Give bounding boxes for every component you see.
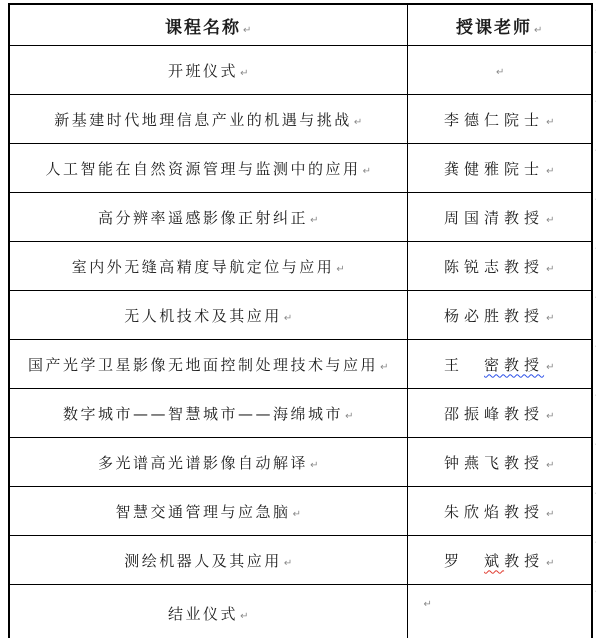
paragraph-mark-icon: ↵ xyxy=(293,509,301,520)
course-cell: 测绘机器人及其应用↵ xyxy=(9,536,407,585)
instructor-cell: 陈锐志教授↵ xyxy=(407,242,592,291)
paragraph-mark-icon: ↵ xyxy=(546,362,554,373)
header-course-name: 课程名称↵ xyxy=(9,4,407,46)
table-row: 测绘机器人及其应用↵罗 斌教授↵ xyxy=(9,536,592,585)
table-row: 人工智能在自然资源管理与监测中的应用↵龚健雅院士↵ xyxy=(9,144,592,193)
paragraph-mark-icon: ↵ xyxy=(240,68,248,79)
instructor-cell: ↵ xyxy=(407,46,592,95)
paragraph-mark-icon: ↵ xyxy=(354,117,362,128)
paragraph-mark-icon: ↵ xyxy=(546,460,554,471)
course-cell: 新基建时代地理信息产业的机遇与挑战↵ xyxy=(9,95,407,144)
table-row: 国产光学卫星影像无地面控制处理技术与应用↵王 密教授↵ xyxy=(9,340,592,389)
instructor-name-text: 罗 xyxy=(444,552,484,570)
instructor-cell: 龚健雅院士↵ xyxy=(407,144,592,193)
paragraph-mark-icon: ↵ xyxy=(363,166,371,177)
paragraph-mark-icon: ↵ xyxy=(310,460,318,471)
paragraph-mark-icon: ↵ xyxy=(546,411,554,422)
course-name-text: 开班仪式 xyxy=(168,62,238,80)
course-name-text: 数字城市——智慧城市——海绵城市 xyxy=(63,405,343,423)
paragraph-mark-icon: ↵ xyxy=(424,599,432,610)
table-row: 开班仪式↵↵ xyxy=(9,46,592,95)
paragraph-mark-icon: ↵ xyxy=(345,411,353,422)
table-row: 新基建时代地理信息产业的机遇与挑战↵李德仁院士↵ xyxy=(9,95,592,144)
instructor-cell: 周国清教授↵ xyxy=(407,193,592,242)
instructor-name-text: 朱欣焰教授 xyxy=(444,503,544,521)
instructor-cell: 杨必胜教授↵ xyxy=(407,291,592,340)
document-page: 课程名称↵ 授课老师↵ 开班仪式↵↵新基建时代地理信息产业的机遇与挑战↵李德仁院… xyxy=(0,0,596,638)
instructor-name-text: 教授 xyxy=(504,552,544,570)
paragraph-mark-icon: ↵ xyxy=(546,264,554,275)
course-schedule-table: 课程名称↵ 授课老师↵ 开班仪式↵↵新基建时代地理信息产业的机遇与挑战↵李德仁院… xyxy=(8,3,593,638)
paragraph-mark-icon: ↵ xyxy=(284,313,292,324)
instructor-cell: 钟燕飞教授↵ xyxy=(407,438,592,487)
paragraph-mark-icon: ↵ xyxy=(240,611,248,622)
instructor-cell: ↵ xyxy=(407,585,592,638)
course-cell: 无人机技术及其应用↵ xyxy=(9,291,407,340)
table-row: 结业仪式↵↵ xyxy=(9,585,592,638)
course-cell: 数字城市——智慧城市——海绵城市↵ xyxy=(9,389,407,438)
instructor-cell: 邵振峰教授↵ xyxy=(407,389,592,438)
course-name-text: 新基建时代地理信息产业的机遇与挑战 xyxy=(54,111,352,129)
course-cell: 国产光学卫星影像无地面控制处理技术与应用↵ xyxy=(9,340,407,389)
course-name-text: 人工智能在自然资源管理与监测中的应用 xyxy=(46,160,361,178)
paragraph-mark-icon: ↵ xyxy=(284,558,292,569)
course-cell: 多光谱高光谱影像自动解译↵ xyxy=(9,438,407,487)
paragraph-mark-icon: ↵ xyxy=(243,25,251,36)
course-name-text: 多光谱高光谱影像自动解译 xyxy=(98,454,308,472)
course-cell: 高分辨率遥感影像正射纠正↵ xyxy=(9,193,407,242)
course-name-text: 智慧交通管理与应急脑 xyxy=(116,503,291,521)
paragraph-mark-icon: ↵ xyxy=(546,215,554,226)
paragraph-mark-icon: ↵ xyxy=(546,558,554,569)
instructor-name-text: 钟燕飞教授 xyxy=(444,454,544,472)
paragraph-mark-icon: ↵ xyxy=(546,117,554,128)
instructor-name-text: 周国清教授 xyxy=(444,209,544,227)
table-row: 无人机技术及其应用↵杨必胜教授↵ xyxy=(9,291,592,340)
instructor-name-text: 陈锐志教授 xyxy=(444,258,544,276)
course-name-text: 国产光学卫星影像无地面控制处理技术与应用 xyxy=(28,356,378,374)
table-row: 智慧交通管理与应急脑↵朱欣焰教授↵ xyxy=(9,487,592,536)
course-cell: 室内外无缝高精度导航定位与应用↵ xyxy=(9,242,407,291)
course-cell: 人工智能在自然资源管理与监测中的应用↵ xyxy=(9,144,407,193)
instructor-cell: 李德仁院士↵ xyxy=(407,95,592,144)
paragraph-mark-icon: ↵ xyxy=(380,362,388,373)
instructor-name-text: 杨必胜教授 xyxy=(444,307,544,325)
instructor-name-text: 邵振峰教授 xyxy=(444,405,544,423)
table-row: 高分辨率遥感影像正射纠正↵周国清教授↵ xyxy=(9,193,592,242)
header-row: 课程名称↵ 授课老师↵ xyxy=(9,4,592,46)
paragraph-mark-icon: ↵ xyxy=(534,25,542,36)
instructor-name-text: 王 xyxy=(444,356,484,374)
header-instructor: 授课老师↵ xyxy=(407,4,592,46)
course-name-text: 高分辨率遥感影像正射纠正 xyxy=(98,209,308,227)
instructor-cell: 罗 斌教授↵ xyxy=(407,536,592,585)
course-name-text: 无人机技术及其应用 xyxy=(124,307,282,325)
course-cell: 结业仪式↵ xyxy=(9,585,407,638)
paragraph-mark-icon: ↵ xyxy=(546,313,554,324)
table-row: 室内外无缝高精度导航定位与应用↵陈锐志教授↵ xyxy=(9,242,592,291)
instructor-name-text: 密教授 xyxy=(484,356,544,374)
instructor-name-text: 斌 xyxy=(484,552,504,570)
paragraph-mark-icon: ↵ xyxy=(310,215,318,226)
paragraph-mark-icon: ↵ xyxy=(336,264,344,275)
course-table-body: 开班仪式↵↵新基建时代地理信息产业的机遇与挑战↵李德仁院士↵人工智能在自然资源管… xyxy=(9,46,592,638)
course-name-text: 结业仪式 xyxy=(168,605,238,623)
instructor-name-text: 龚健雅院士 xyxy=(444,160,544,178)
table-row: 多光谱高光谱影像自动解译↵钟燕飞教授↵ xyxy=(9,438,592,487)
table-row: 数字城市——智慧城市——海绵城市↵邵振峰教授↵ xyxy=(9,389,592,438)
header-instructor-label: 授课老师 xyxy=(456,18,532,38)
instructor-name-text: 李德仁院士 xyxy=(444,111,544,129)
course-name-text: 室内外无缝高精度导航定位与应用 xyxy=(72,258,335,276)
paragraph-mark-icon: ↵ xyxy=(496,67,504,78)
header-course-label: 课程名称 xyxy=(165,18,241,38)
instructor-cell: 王 密教授↵ xyxy=(407,340,592,389)
course-cell: 开班仪式↵ xyxy=(9,46,407,95)
paragraph-mark-icon: ↵ xyxy=(546,509,554,520)
course-name-text: 测绘机器人及其应用 xyxy=(124,552,282,570)
paragraph-mark-icon: ↵ xyxy=(546,166,554,177)
instructor-cell: 朱欣焰教授↵ xyxy=(407,487,592,536)
course-cell: 智慧交通管理与应急脑↵ xyxy=(9,487,407,536)
